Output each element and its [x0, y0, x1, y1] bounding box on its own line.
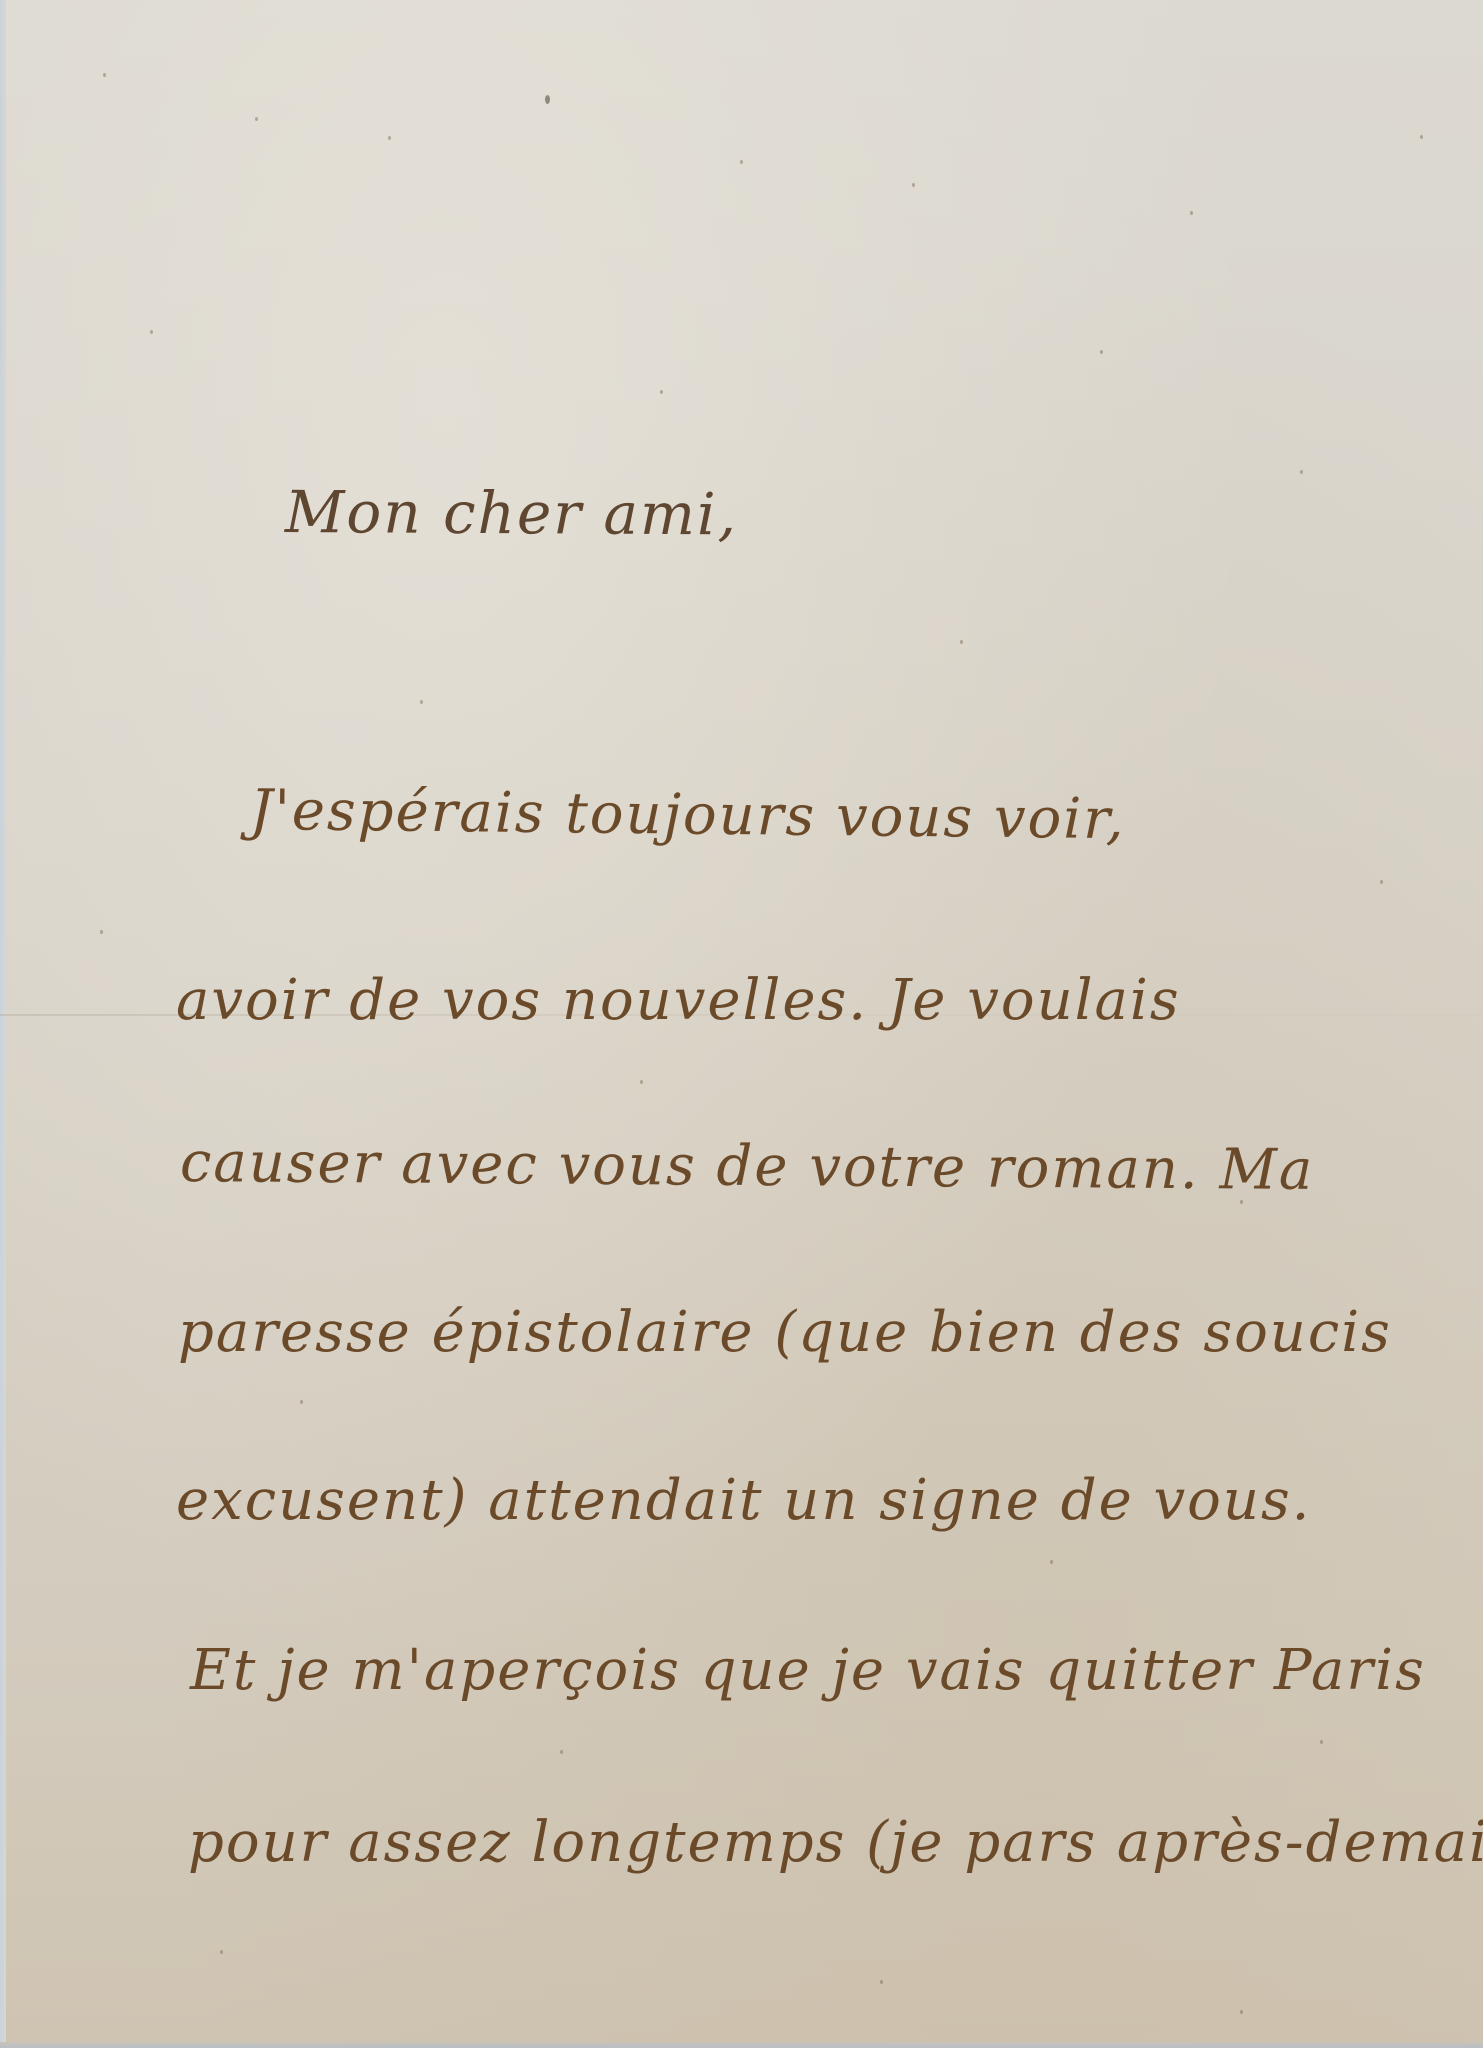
- letter-line: paresse épistolaire (que bien des soucis: [178, 1300, 1392, 1365]
- letter-salutation: Mon cher ami,: [285, 478, 738, 548]
- letter-body: Mon cher ami, J'espérais toujours vous v…: [0, 0, 1483, 2048]
- letter-line: excusent) attendait un signe de vous.: [176, 1468, 1311, 1533]
- letter-line: pour assez longtemps (je pars après-dema…: [188, 1810, 1483, 1875]
- letter-line: J'espérais toujours vous voir,: [250, 778, 1126, 852]
- letter-line: avoir de vos nouvelles. Je voulais: [176, 968, 1181, 1033]
- letter-line: causer avec vous de votre roman. Ma: [180, 1130, 1315, 1203]
- letter-line: Et je m'aperçois que je vais quitter Par…: [190, 1638, 1426, 1703]
- letter-page: Mon cher ami, J'espérais toujours vous v…: [0, 0, 1483, 2048]
